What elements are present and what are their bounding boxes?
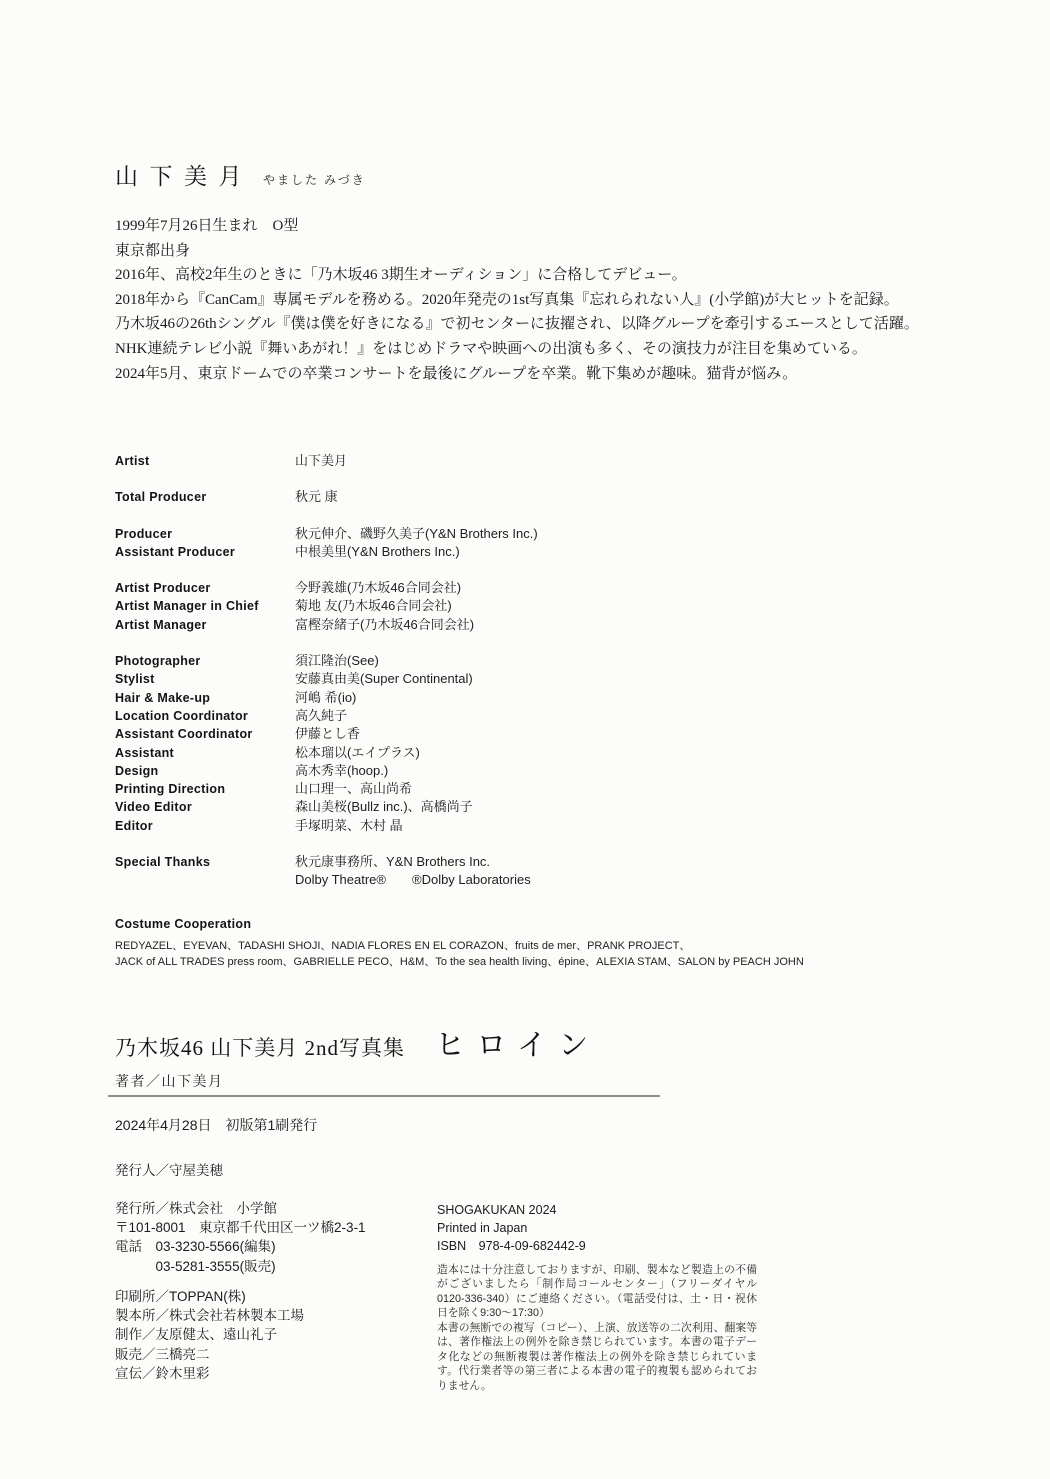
credit-value: 高久純子 [295, 707, 347, 725]
credit-label: Assistant Producer [115, 543, 295, 561]
sales-line: 販売／三橋亮二 [115, 1345, 304, 1364]
credit-value: Dolby Theatre® ®Dolby Laboratories [295, 871, 531, 889]
legal-notice-paragraph: 造本には十分注意しておりますが、印刷、製本など製造上の不備がございましたら「制作… [437, 1263, 757, 1321]
credit-row: Design 高木秀幸(hoop.) [115, 762, 538, 780]
credit-label: Producer [115, 525, 295, 543]
costume-cooperation: Costume Cooperation REDYAZEL、EYEVAN、TADA… [115, 917, 804, 970]
credit-label: Editor [115, 817, 295, 835]
credit-label: Artist Producer [115, 579, 295, 597]
credit-label: Special Thanks [115, 853, 295, 871]
artist-profile: 1999年7月26日生まれ O型 東京都出身 2016年、高校2年生のときに「乃… [115, 214, 919, 386]
credit-label: Assistant Coordinator [115, 725, 295, 743]
credit-row: Assistant Producer 中根美里(Y&N Brothers Inc… [115, 543, 538, 561]
staff-credits: Artist 山下美月 Total Producer 秋元 康 Producer… [115, 452, 538, 890]
bio-line: 2016年、高校2年生のときに「乃木坂46 3期生オーディション」に合格してデビ… [115, 263, 919, 288]
credit-value: 菊地 友(乃木坂46合同会社) [295, 597, 452, 615]
credit-row: Total Producer 秋元 康 [115, 488, 538, 506]
credit-value: 富樫奈緒子(乃木坂46合同会社) [295, 616, 474, 634]
credit-label: Printing Direction [115, 780, 295, 798]
credit-label: Artist Manager [115, 616, 295, 634]
credit-label: Artist [115, 452, 295, 470]
publisher-address: 〒101-8001 東京都千代田区一ツ橋2-3-1 [115, 1218, 366, 1237]
credit-row: Special Thanks 秋元康事務所、Y&N Brothers Inc. [115, 853, 538, 871]
publisher-block: 発行所／株式会社 小学館 〒101-8001 東京都千代田区一ツ橋2-3-1 電… [115, 1199, 366, 1276]
credit-row: Artist Producer 今野義雄(乃木坂46合同会社) [115, 579, 538, 597]
divider-rule [108, 1095, 660, 1097]
credit-label: Artist Manager in Chief [115, 597, 295, 615]
credit-row: Printing Direction 山口理一、高山尚希 [115, 780, 538, 798]
printed-in-japan-line: Printed in Japan [437, 1219, 757, 1237]
credit-row: Editor 手塚明菜、木村 晶 [115, 817, 538, 835]
costume-brands-line: REDYAZEL、EYEVAN、TADASHI SHOJI、NADIA FLOR… [115, 938, 804, 954]
credit-label: Assistant [115, 744, 295, 762]
credit-row: Photographer 須江隆治(See) [115, 652, 538, 670]
printer-line: 印刷所／TOPPAN(株) [115, 1287, 304, 1306]
birth-line: 1999年7月26日生まれ O型 [115, 214, 919, 239]
credit-row: Stylist 安藤真由美(Super Continental) [115, 670, 538, 688]
credit-value: 秋元康事務所、Y&N Brothers Inc. [295, 853, 490, 871]
legal-notice: 造本には十分注意しておりますが、印刷、製本など製造上の不備がございましたら「制作… [437, 1263, 757, 1394]
series-title: 乃木坂46 山下美月 2nd写真集 [115, 1032, 405, 1062]
bio-line: NHK連続テレビ小説『舞いあがれ！』をはじめドラマや映画への出演も多く、その演技… [115, 337, 919, 362]
credit-row: Artist Manager 富樫奈緒子(乃木坂46合同会社) [115, 616, 538, 634]
credit-value: 河嶋 希(io) [295, 689, 356, 707]
credit-label: Video Editor [115, 798, 295, 816]
credit-row: Location Coordinator 高久純子 [115, 707, 538, 725]
credit-value: 安藤真由美(Super Continental) [295, 670, 473, 688]
publisher-person: 発行人／守屋美穂 [115, 1159, 223, 1179]
colophon-page: 山下美月やました みづき 1999年7月26日生まれ O型 東京都出身 2016… [0, 0, 1050, 1479]
credit-value: 松本瑠以(エイプラス) [295, 744, 420, 762]
credit-value: 森山美桜(Bullz inc.)、高橋尚子 [295, 798, 473, 816]
credit-label: Hair & Make-up [115, 689, 295, 707]
credit-row: Assistant 松本瑠以(エイプラス) [115, 744, 538, 762]
isbn-line: ISBN 978-4-09-682442-9 [437, 1237, 757, 1255]
costume-brands-line: JACK of ALL TRADES press room、GABRIELLE … [115, 954, 804, 970]
publisher-phone-editorial: 電話 03-3230-5566(編集) [115, 1237, 366, 1256]
credit-row: Video Editor 森山美桜(Bullz inc.)、高橋尚子 [115, 798, 538, 816]
copyright-line: SHOGAKUKAN 2024 [437, 1201, 757, 1219]
book-title-line: 乃木坂46 山下美月 2nd写真集 ヒロイン [115, 1020, 600, 1064]
publicity-line: 宣伝／鈴木里彩 [115, 1364, 304, 1383]
credit-value: 手塚明菜、木村 晶 [295, 817, 403, 835]
costume-cooperation-title: Costume Cooperation [115, 917, 804, 931]
credit-row: Assistant Coordinator 伊藤とし香 [115, 725, 538, 743]
printing-block: 印刷所／TOPPAN(株) 製本所／株式会社若林製本工場 制作／友原健太、遠山礼… [115, 1287, 304, 1383]
credit-group: Producer 秋元伸介、磯野久美子(Y&N Brothers Inc.) A… [115, 525, 538, 562]
bindery-line: 製本所／株式会社若林製本工場 [115, 1306, 304, 1325]
production-line: 制作／友原健太、遠山礼子 [115, 1325, 304, 1344]
artist-name-furigana: やました みづき [263, 173, 366, 187]
credit-row: Producer 秋元伸介、磯野久美子(Y&N Brothers Inc.) [115, 525, 538, 543]
credit-label [115, 871, 295, 889]
publisher-phone-sales: 03-5281-3555(販売) [115, 1257, 366, 1276]
credit-group: Photographer 須江隆治(See) Stylist 安藤真由美(Sup… [115, 652, 538, 835]
credit-row: Artist Manager in Chief 菊地 友(乃木坂46合同会社) [115, 597, 538, 615]
credit-group: Artist Producer 今野義雄(乃木坂46合同会社) Artist M… [115, 579, 538, 634]
legal-notice-paragraph: 本書の無断での複写（コピー）、上演、放送等の二次利用、翻案等は、著作権法上の例外… [437, 1321, 757, 1394]
artist-name: 山下美月 [115, 164, 253, 189]
credit-label: Design [115, 762, 295, 780]
edition-line: 2024年4月28日 初版第1刷発行 [115, 1115, 317, 1135]
book-title: ヒロイン [435, 1020, 600, 1064]
credit-group: Total Producer 秋元 康 [115, 488, 538, 506]
credit-value: 山口理一、高山尚希 [295, 780, 412, 798]
bio-line: 2024年5月、東京ドームでの卒業コンサートを最後にグループを卒業。靴下集めが趣… [115, 362, 919, 387]
credit-group: Artist 山下美月 [115, 452, 538, 470]
credit-group: Special Thanks 秋元康事務所、Y&N Brothers Inc. … [115, 853, 538, 890]
artist-name-header: 山下美月やました みづき [115, 158, 366, 191]
credit-value: 須江隆治(See) [295, 652, 379, 670]
credit-label: Stylist [115, 670, 295, 688]
credit-value: 今野義雄(乃木坂46合同会社) [295, 579, 461, 597]
colophon-right-column: SHOGAKUKAN 2024 Printed in Japan ISBN 97… [437, 1201, 757, 1393]
credit-row: Hair & Make-up 河嶋 希(io) [115, 689, 538, 707]
credit-label: Photographer [115, 652, 295, 670]
credit-label: Total Producer [115, 488, 295, 506]
credit-value: 秋元 康 [295, 488, 338, 506]
credit-value: 秋元伸介、磯野久美子(Y&N Brothers Inc.) [295, 525, 538, 543]
bio-line: 乃木坂46の26thシングル『僕は僕を好きになる』で初センターに抜擢され、以降グ… [115, 312, 919, 337]
credit-value: 中根美里(Y&N Brothers Inc.) [295, 543, 460, 561]
credit-label: Location Coordinator [115, 707, 295, 725]
credit-value: 山下美月 [295, 452, 347, 470]
author-line: 著者／山下美月 [115, 1071, 600, 1091]
credit-row: Dolby Theatre® ®Dolby Laboratories [115, 871, 538, 889]
credit-row: Artist 山下美月 [115, 452, 538, 470]
origin-line: 東京都出身 [115, 239, 919, 264]
credit-value: 高木秀幸(hoop.) [295, 762, 388, 780]
book-title-block: 乃木坂46 山下美月 2nd写真集 ヒロイン 著者／山下美月 [115, 1020, 600, 1091]
credit-value: 伊藤とし香 [295, 725, 360, 743]
bio-line: 2018年から『CanCam』専属モデルを務める。2020年発売の1st写真集『… [115, 288, 919, 313]
publisher-line: 発行所／株式会社 小学館 [115, 1199, 366, 1218]
